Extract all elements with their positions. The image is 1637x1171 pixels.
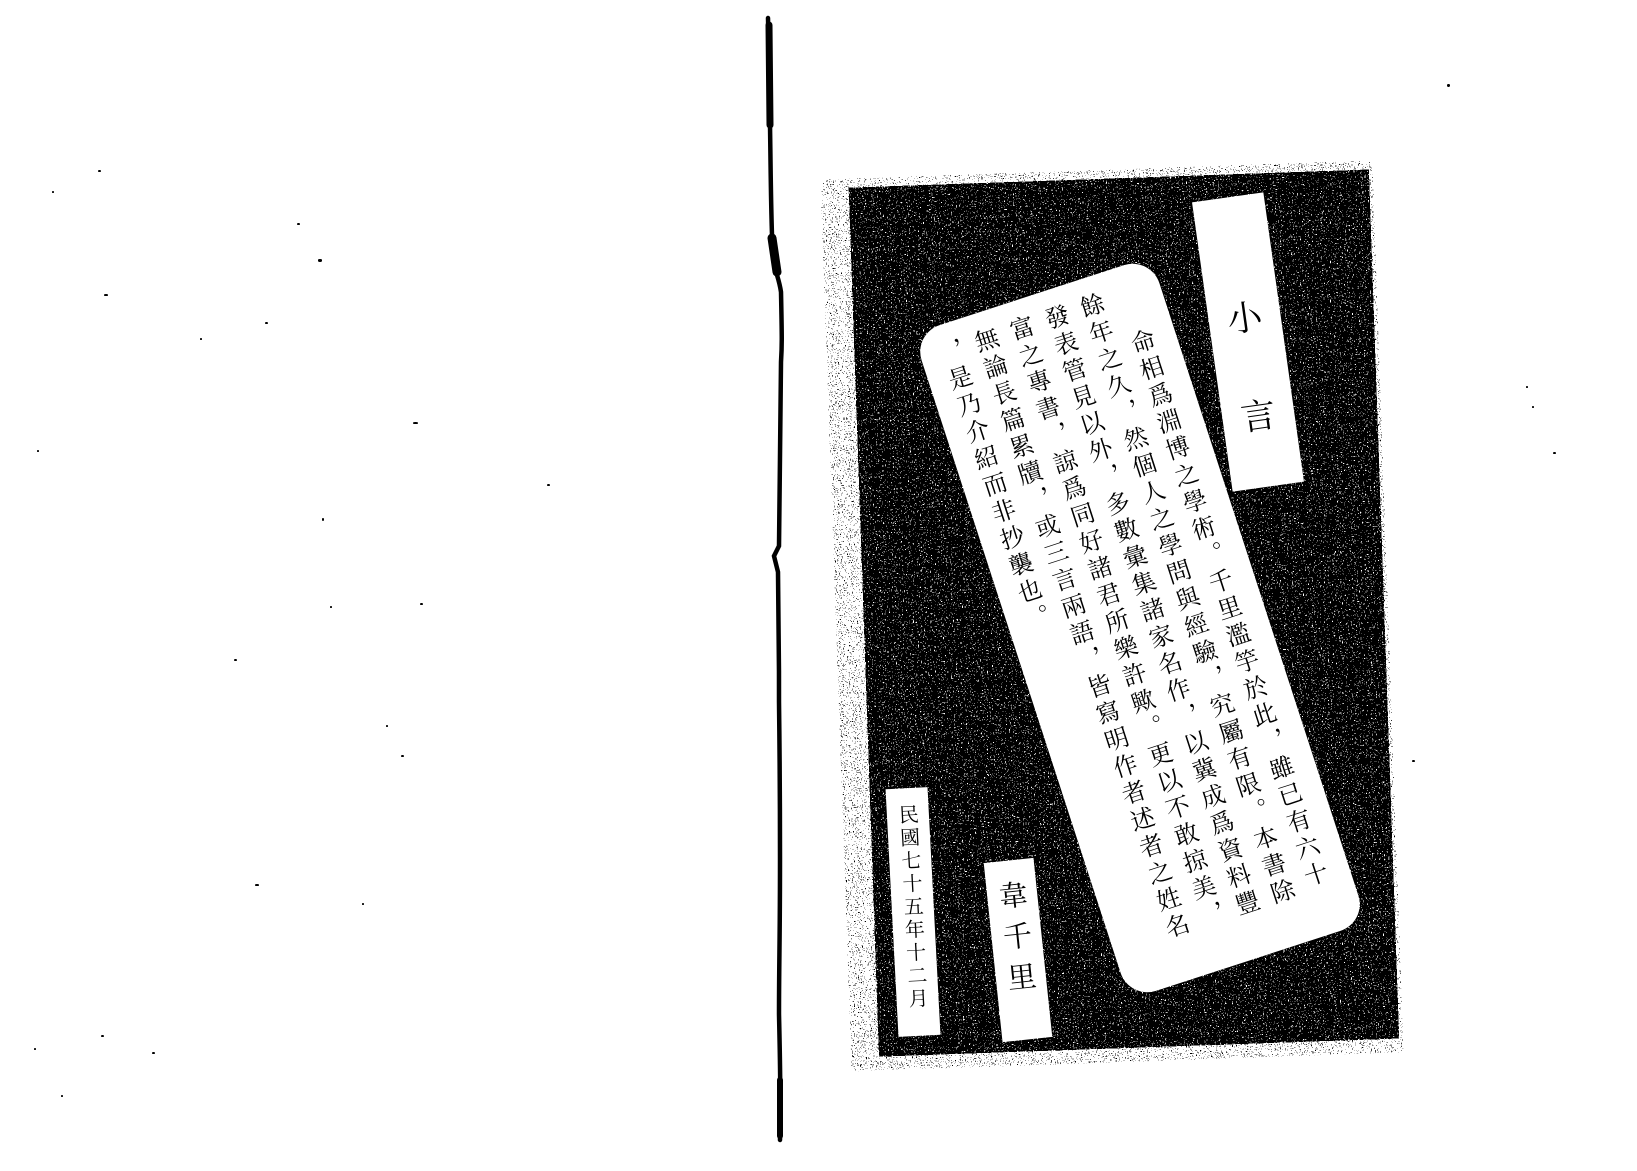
publication-date: 民國七十五年十二月 xyxy=(892,787,933,1011)
noise-speck xyxy=(104,294,108,296)
noise-speck xyxy=(265,322,268,324)
noise-speck xyxy=(34,1048,36,1050)
noise-speck xyxy=(200,338,202,340)
author-name: 韋千里 xyxy=(988,858,1044,1005)
fold-line-thick-top xyxy=(769,25,770,125)
noise-speck xyxy=(101,1035,104,1037)
noise-speck xyxy=(1532,406,1534,408)
noise-speck xyxy=(255,884,259,886)
noise-speck xyxy=(1412,760,1415,762)
noise-speck xyxy=(401,755,404,757)
noise-speck xyxy=(1447,84,1450,87)
fold-line-thick-mid xyxy=(772,238,777,272)
noise-speck xyxy=(547,484,550,486)
noise-speck xyxy=(330,606,332,608)
scanned-book-spread: 小 言 命相爲淵博之學術。千里濫竽於此，雖已有六十 餘年之久，然個人之學問與經驗… xyxy=(0,0,1637,1171)
noise-speck xyxy=(322,518,324,521)
noise-speck xyxy=(362,903,364,905)
noise-speck xyxy=(386,725,388,727)
noise-speck xyxy=(61,1095,63,1097)
noise-speck xyxy=(98,170,101,172)
section-title-char-1: 小 xyxy=(1225,300,1265,340)
noise-speck xyxy=(1526,386,1528,388)
fold-line-stroke xyxy=(768,18,782,1140)
noise-speck xyxy=(152,1052,155,1054)
noise-speck xyxy=(37,450,39,452)
noise-speck xyxy=(297,223,300,225)
section-title-char-2: 言 xyxy=(1239,398,1279,438)
noise-speck xyxy=(234,659,237,661)
noise-speck xyxy=(420,603,423,605)
noise-speck xyxy=(52,191,54,193)
noise-speck xyxy=(413,422,418,424)
noise-speck xyxy=(1553,452,1556,454)
noise-speck xyxy=(318,259,322,262)
